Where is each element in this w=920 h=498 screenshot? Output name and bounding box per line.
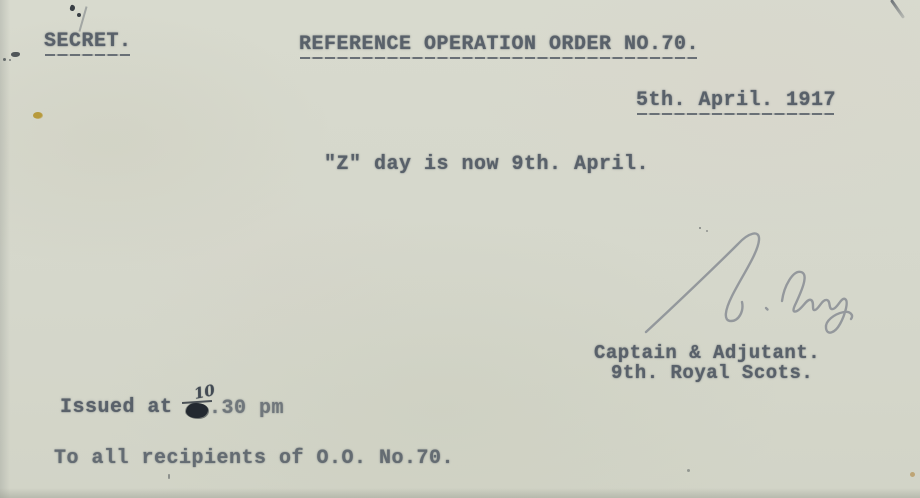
pen-stroke-mark bbox=[890, 0, 905, 19]
ink-speck bbox=[687, 469, 690, 472]
document-title: REFERENCE OPERATION ORDER NO.70. bbox=[299, 34, 699, 59]
order-body-text: "Z" day is now 9th. April. bbox=[324, 154, 649, 176]
ink-speck bbox=[11, 52, 20, 57]
issued-time-suffix: .30 pm bbox=[209, 398, 284, 420]
classification-stamp: SECRET. bbox=[44, 31, 132, 56]
handwritten-signature-icon bbox=[630, 220, 880, 345]
ink-speck bbox=[168, 474, 170, 479]
paper-stain bbox=[33, 112, 43, 119]
ink-speck bbox=[77, 13, 81, 17]
ink-speck bbox=[706, 230, 708, 232]
paper-stain bbox=[910, 472, 915, 477]
issued-at-label: Issued at bbox=[60, 397, 185, 419]
ink-speck bbox=[9, 59, 11, 61]
document-date: 5th. April. 1917 bbox=[636, 90, 836, 115]
ink-speck bbox=[3, 58, 6, 61]
signatory-unit: 9th. Royal Scots. bbox=[611, 362, 813, 384]
scanned-document-page: SECRET. REFERENCE OPERATION ORDER NO.70.… bbox=[0, 0, 920, 498]
ink-speck bbox=[69, 4, 76, 11]
signatory-role: Captain & Adjutant. bbox=[594, 342, 820, 364]
scratch-mark bbox=[78, 6, 87, 31]
inked-out-correction bbox=[186, 403, 208, 418]
distribution-line: To all recipients of O.O. No.70. bbox=[54, 448, 454, 470]
ink-speck bbox=[699, 227, 701, 229]
